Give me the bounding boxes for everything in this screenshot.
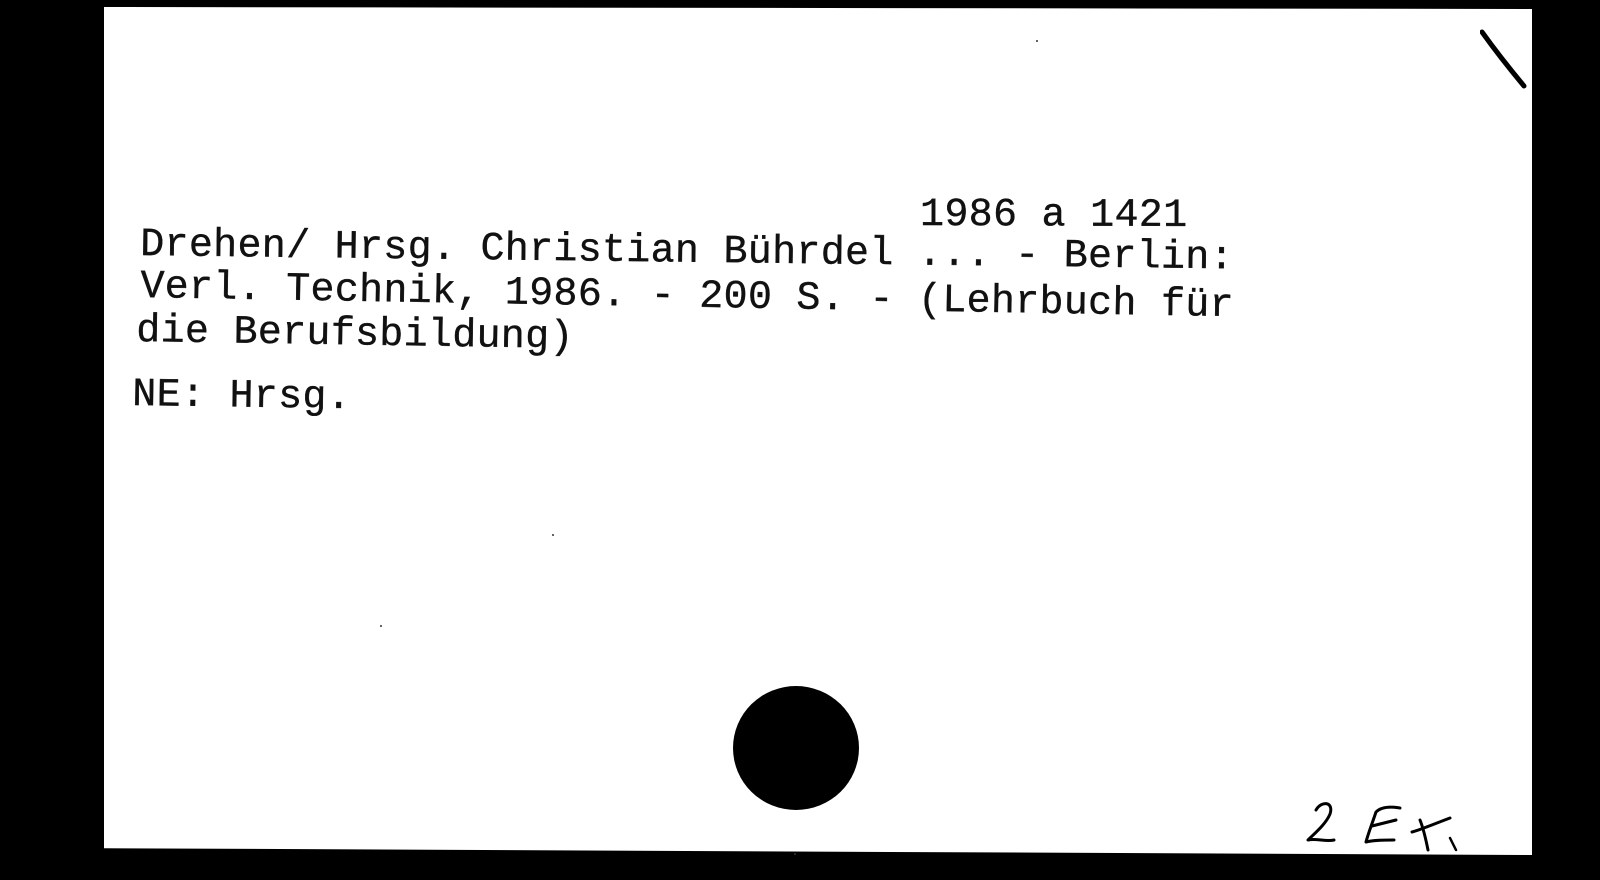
handwritten-copies-glyphs xyxy=(1300,790,1470,860)
paper-speck xyxy=(552,534,554,536)
paper-speck xyxy=(380,625,382,627)
entry-line-series: die Berufsbildung) xyxy=(136,312,574,359)
paper-speck xyxy=(794,853,796,855)
call-number: 1986 a 1421 xyxy=(920,196,1187,237)
punch-hole xyxy=(733,686,859,810)
pen-stroke-mark xyxy=(1480,28,1540,92)
paper-speck xyxy=(1036,40,1038,42)
entry-line-added-entry: NE: Hrsg. xyxy=(132,376,351,419)
scanned-catalog-card-viewer: 1986 a 1421 Drehen/ Hrsg. Christian Bühr… xyxy=(0,0,1600,880)
handwritten-note: 2 Ex. xyxy=(1300,790,1470,860)
